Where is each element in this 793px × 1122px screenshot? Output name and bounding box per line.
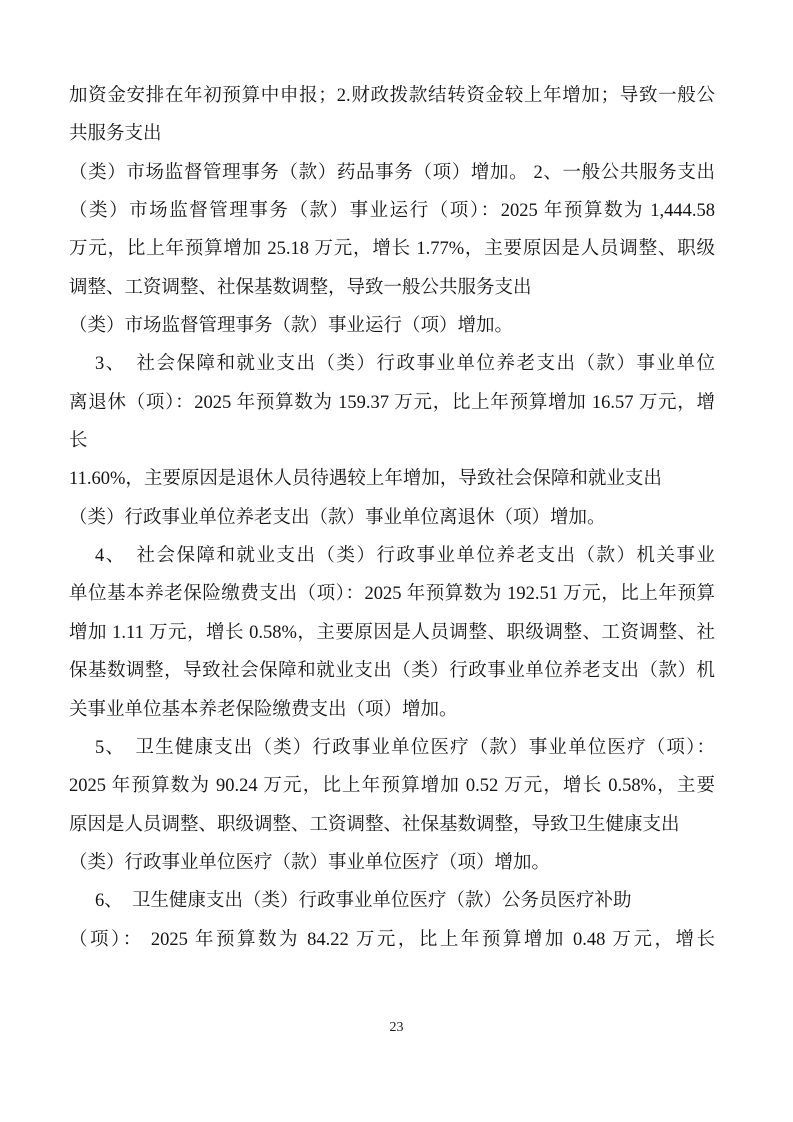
text-line: 关事业单位基本养老保险缴费支出（项）增加。 — [69, 691, 715, 729]
text-line: 万元，比上年预算增加 25.18 万元，增长 1.77%，主要原因是人员调整、职… — [69, 230, 715, 268]
page-footer: 23 — [0, 1020, 793, 1036]
text-line-list-item-6: 6、 卫生健康支出（类）行政事业单位医疗（款）公务员医疗补助 — [69, 882, 715, 920]
text-line: 单位基本养老保险缴费支出（项）：2025 年预算数为 192.51 万元，比上年… — [69, 575, 715, 613]
text-line-list-item-3: 3、 社会保障和就业支出（类）行政事业单位养老支出（款）事业单位 — [69, 345, 715, 383]
text-line: 加资金安排在年初预算中申报；2.财政拨款结转资金较上年增加；导致一般公 — [69, 77, 715, 115]
text-line: （类）市场监督管理事务（款）药品事务（项）增加。 2、一般公共服务支出 — [69, 154, 715, 192]
text-line: （类）行政事业单位养老支出（款）事业单位离退休（项）增加。 — [69, 499, 715, 537]
page-number: 23 — [390, 1020, 404, 1035]
text-line: 离退休（项）：2025 年预算数为 159.37 万元，比上年预算增加 16.5… — [69, 384, 715, 422]
text-line-list-item-5: 5、 卫生健康支出（类）行政事业单位医疗（款）事业单位医疗（项）： — [69, 729, 715, 767]
text-line: 原因是人员调整、职级调整、工资调整、社保基数调整，导致卫生健康支出 — [69, 806, 715, 844]
text-line: （类）市场监督管理事务（款）事业运行（项）增加。 — [69, 307, 715, 345]
text-line: 保基数调整，导致社会保障和就业支出（类）行政事业单位养老支出（款）机 — [69, 652, 715, 690]
text-line: 长 — [69, 422, 715, 460]
text-line: 增加 1.11 万元，增长 0.58%，主要原因是人员调整、职级调整、工资调整、… — [69, 614, 715, 652]
text-line: 共服务支出 — [69, 115, 715, 153]
text-line-list-item-4: 4、 社会保障和就业支出（类）行政事业单位养老支出（款）机关事业 — [69, 537, 715, 575]
text-line: 2025 年预算数为 90.24 万元，比上年预算增加 0.52 万元，增长 0… — [69, 767, 715, 805]
document-body: 加资金安排在年初预算中申报；2.财政拨款结转资金较上年增加；导致一般公 共服务支… — [69, 77, 715, 959]
text-line: 调整、工资调整、社保基数调整，导致一般公共服务支出 — [69, 269, 715, 307]
text-line: （项）： 2025 年预算数为 84.22 万元，比上年预算增加 0.48 万元… — [69, 921, 715, 959]
text-line: 11.60%，主要原因是退休人员待遇较上年增加，导致社会保障和就业支出 — [69, 460, 715, 498]
text-line: （类）市场监督管理事务（款）事业运行（项）：2025 年预算数为 1,444.5… — [69, 192, 715, 230]
text-line: （类）行政事业单位医疗（款）事业单位医疗（项）增加。 — [69, 844, 715, 882]
document-page: 加资金安排在年初预算中申报；2.财政拨款结转资金较上年增加；导致一般公 共服务支… — [0, 0, 793, 1122]
